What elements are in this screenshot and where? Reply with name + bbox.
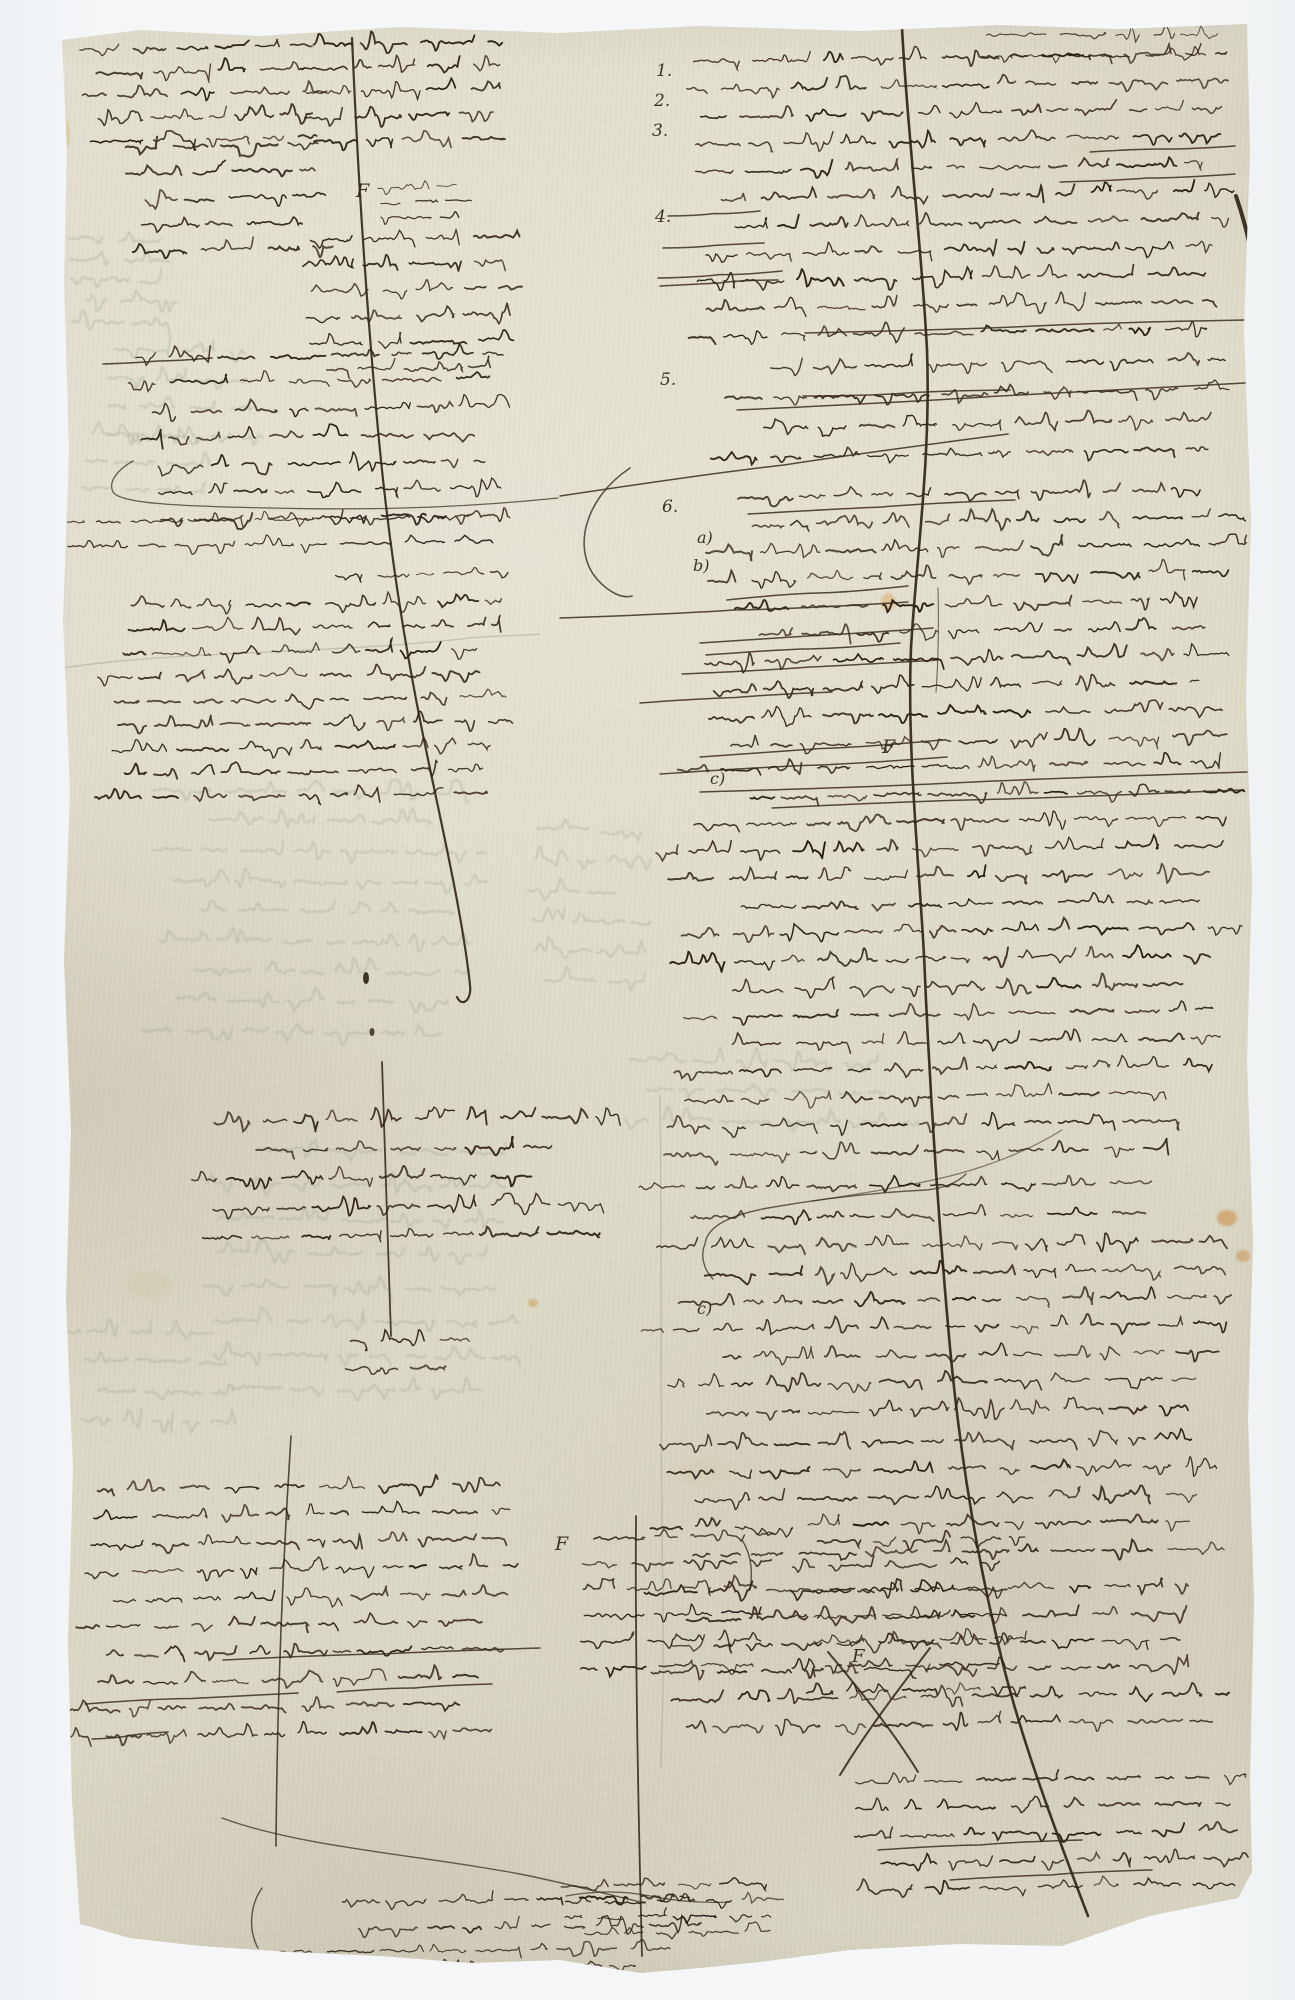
manuscript-marker-F: F bbox=[554, 1533, 569, 1555]
deletion-strikethroughs bbox=[85, 146, 1247, 1880]
handwriting-layer: 1.2.3.4.5.6.a)b)c)c)FFFF bbox=[0, 0, 1295, 2000]
manuscript-marker-2: 2. bbox=[653, 91, 670, 111]
manuscript-paper: 1.2.3.4.5.6.a)b)c)c)FFFF bbox=[0, 0, 1295, 2000]
manuscript-marker-3: 3. bbox=[652, 121, 668, 141]
manuscript-marker-F: F bbox=[355, 180, 370, 202]
manuscript-marker-F: F bbox=[851, 1646, 866, 1667]
ink-handwriting-blocks bbox=[67, 26, 1248, 1973]
manuscript-marker-F: F bbox=[881, 736, 896, 758]
manuscript-marker-4: 4. bbox=[654, 207, 671, 227]
manuscript-marker-b: b) bbox=[693, 556, 709, 575]
bleedthrough-ghost-writing bbox=[61, 232, 918, 1432]
manuscript-marker-6: 6. bbox=[662, 497, 678, 517]
manuscript-marker-c: c) bbox=[710, 769, 725, 788]
scan-background: Scanned handwritten manuscript page 1.2.… bbox=[0, 0, 1295, 2000]
manuscript-marker-a: a) bbox=[697, 528, 713, 547]
list-number-markers: 1.2.3.4.5.6.a)b)c)c)FFFF bbox=[355, 61, 896, 1667]
manuscript-marker-5: 5. bbox=[660, 370, 676, 390]
manuscript-marker-c: c) bbox=[697, 1299, 712, 1318]
manuscript-marker-1: 1. bbox=[656, 61, 672, 81]
